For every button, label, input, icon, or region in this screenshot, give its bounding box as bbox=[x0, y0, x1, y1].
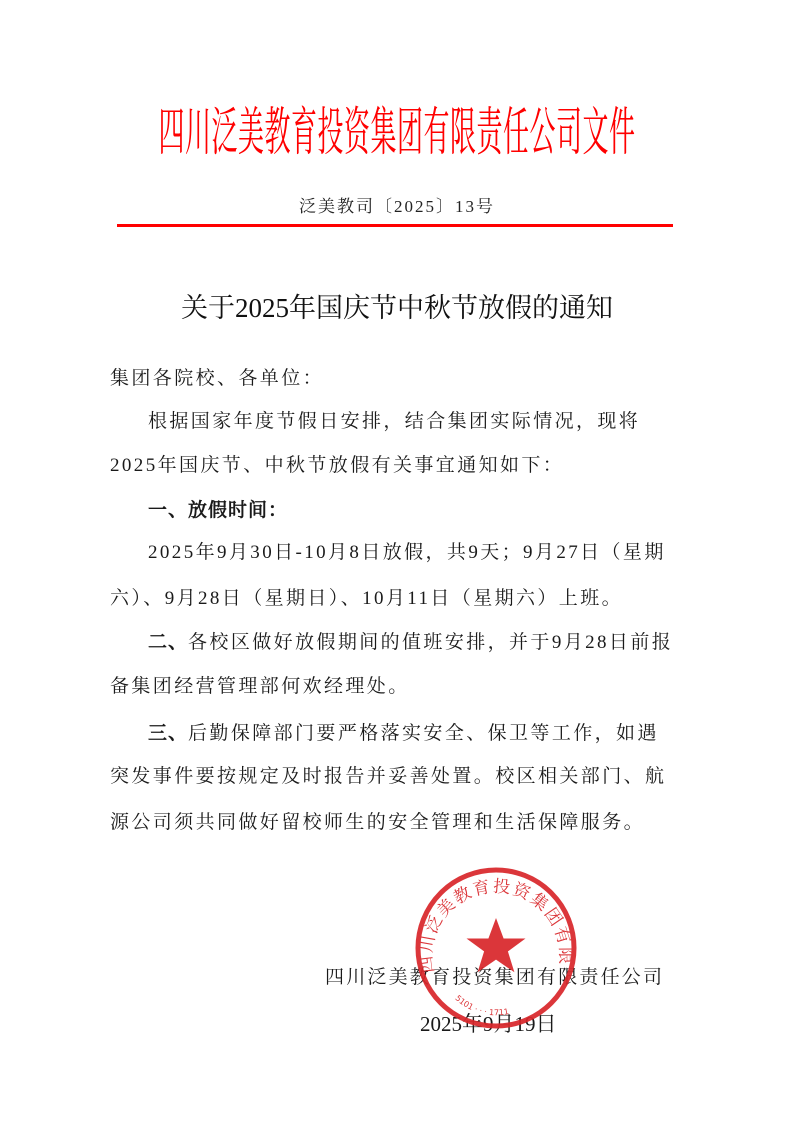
seal-number: 5101 · · · 1711 bbox=[453, 994, 509, 1018]
section-3-line-1: 三、后勤保障部门要严格落实安全、保卫等工作，如遇 bbox=[110, 720, 682, 747]
intro-line-1: 根据国家年度节假日安排，结合集团实际情况，现将 bbox=[110, 409, 682, 435]
section-1-line-2: 六）、9月28日（星期日）、10月11日（星期六）上班。 bbox=[110, 586, 682, 612]
section-3-marker: 三、 bbox=[148, 722, 188, 744]
salutation: 集团各院校、各单位： bbox=[110, 366, 682, 392]
official-seal: 四川泛美教育投资集团有限责任公司 5101 · · · 1711 bbox=[412, 864, 580, 1032]
red-header: 四川泛美教育投资集团有限责任公司文件 bbox=[0, 100, 794, 166]
org-title: 四川泛美教育投资集团有限责任公司文件 bbox=[137, 100, 657, 166]
document-number: 泛美教司〔2025〕13号 bbox=[0, 192, 794, 217]
red-divider-line bbox=[117, 224, 673, 227]
document-page: 四川泛美教育投资集团有限责任公司文件 泛美教司〔2025〕13号 关于2025年… bbox=[0, 0, 794, 1122]
section-3-line-2: 突发事件要按规定及时报告并妥善处置。校区相关部门、航 bbox=[110, 764, 682, 790]
section-3-line-3: 源公司须共同做好留校师生的安全管理和生活保障服务。 bbox=[110, 810, 682, 836]
section-2-text: 各校区做好放假期间的值班安排，并于9月28日前报 bbox=[188, 632, 673, 653]
notice-title: 关于2025年国庆节中秋节放假的通知 bbox=[0, 286, 794, 325]
star-icon bbox=[467, 918, 526, 972]
intro-line-2: 2025年国庆节、中秋节放假有关事宜通知如下： bbox=[110, 453, 682, 479]
section-1-heading: 一、放假时间： bbox=[110, 497, 682, 523]
section-2-marker: 二、 bbox=[148, 631, 188, 653]
section-2-line-1: 二、各校区做好放假期间的值班安排，并于9月28日前报 bbox=[110, 629, 682, 656]
section-2-line-2: 备集团经营管理部何欢经理处。 bbox=[110, 674, 682, 700]
section-1-line-1: 2025年9月30日-10月8日放假，共9天；9月27日（星期 bbox=[110, 540, 682, 566]
section-3-text: 后勤保障部门要严格落实安全、保卫等工作，如遇 bbox=[188, 723, 659, 744]
